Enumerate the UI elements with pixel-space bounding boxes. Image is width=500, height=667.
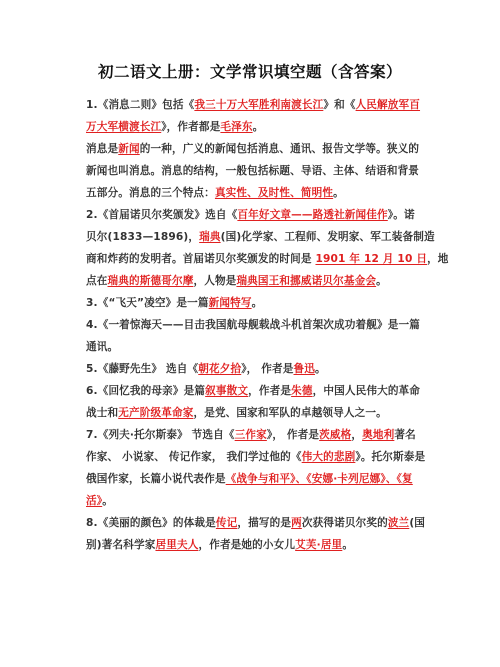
document-page: 初二语文上册：文学常识填空题（含答案） 1.《消息二则》包括《我三十万大军胜利南… bbox=[0, 0, 500, 667]
question-text: ， bbox=[351, 429, 362, 441]
question-text: 。 bbox=[315, 363, 326, 375]
answer-text: 百年好文章——路透社新闻佳作 bbox=[237, 209, 387, 221]
question-text: 通讯。 bbox=[86, 341, 118, 353]
question-text: 》， 作者是 bbox=[241, 363, 293, 375]
answer-text: 朱德 bbox=[291, 385, 313, 397]
question-text: 6.《回忆我的母亲》是篇 bbox=[86, 385, 205, 397]
text-line: 消息是新闻的一种，广义的新闻包括消息、通讯、报告文学等。狭义的 bbox=[86, 138, 418, 160]
question-text: 点在 bbox=[86, 275, 108, 287]
question-text: 别)著名科学家 bbox=[86, 539, 155, 551]
text-line: 五部分。消息的三个特点：真实性、及时性、简明性。 bbox=[86, 182, 418, 204]
question-text: ，中国人民伟大的革命 bbox=[313, 385, 420, 397]
question-text: 。 bbox=[376, 275, 387, 287]
question-text: ，地 bbox=[427, 253, 449, 265]
question-text: 。 bbox=[253, 121, 264, 133]
question-text: 7.《列夫·托尔斯泰》 节选自《 bbox=[86, 429, 235, 441]
question-text: 消息是 bbox=[86, 143, 118, 155]
question-text: 俄国作家，长篇小说代表作是 bbox=[86, 473, 226, 485]
text-line: 商和炸药的发明者。首届诺贝尔奖颁发的时间是 1901 年 12 月 10 日，地 bbox=[86, 248, 418, 270]
answer-text: 奥地利 bbox=[362, 429, 394, 441]
question-text: 8.《美丽的颜色》的体裁是 bbox=[86, 517, 216, 529]
text-line: 8.《美丽的颜色》的体裁是传记，描写的是两次获得诺贝尔奖的波兰(国 bbox=[86, 512, 418, 534]
text-line: 别)著名科学家居里夫人，作者是她的小女儿艾芙·居里。 bbox=[86, 534, 418, 556]
text-line: 俄国作家，长篇小说代表作是《战争与和平》、《安娜·卡列尼娜》、《复 bbox=[86, 468, 418, 490]
question-text: ，是党、国家和军队的卓越领导人之一。 bbox=[193, 407, 386, 419]
question-text: ，描写的是 bbox=[237, 517, 291, 529]
question-text: 。 bbox=[333, 187, 344, 199]
question-text: 战士和 bbox=[86, 407, 118, 419]
question-text: 新闻也叫消息。消息的结构，一般包括标题、导语、主体、结语和背景 bbox=[86, 165, 419, 177]
answer-text: 波兰 bbox=[388, 517, 410, 529]
text-line: 4.《一着惊海天——目击我国航母舰载战斗机首架次成功着舰》是一篇 bbox=[86, 314, 418, 336]
question-text: 商和炸药的发明者。首届诺贝尔奖颁发的时间是 bbox=[86, 253, 315, 265]
question-text: 》， 作者是 bbox=[267, 429, 319, 441]
text-line: 5.《藤野先生》 选自《朝花夕拾》， 作者是鲁迅。 bbox=[86, 358, 418, 380]
document-title: 初二语文上册：文学常识填空题（含答案） bbox=[0, 60, 500, 82]
text-line: 作家、 小说家、 传记作家， 我们学过他的《伟大的悲剧》。托尔斯泰是 bbox=[86, 446, 418, 468]
question-text: 》，作者都是 bbox=[161, 121, 220, 133]
question-text: 作家、 小说家、 传记作家， 我们学过他的《 bbox=[86, 451, 302, 463]
text-line: 万大军横渡长江》，作者都是毛泽东。 bbox=[86, 116, 418, 138]
question-text: 1.《消息二则》包括《 bbox=[86, 99, 194, 111]
answer-text: 1901 年 12 月 10 日 bbox=[315, 253, 427, 265]
question-text: ，作者是 bbox=[248, 385, 291, 397]
answer-text: 真实性、及时性、简明性 bbox=[215, 187, 333, 199]
answer-text: 《战争与和平》、《安娜·卡列尼娜》、《复 bbox=[226, 473, 413, 485]
answer-text: 无产阶级革命家 bbox=[118, 407, 193, 419]
question-text: ，人物是 bbox=[193, 275, 236, 287]
answer-text: 活》 bbox=[86, 495, 102, 507]
answer-text: 伟大的悲剧 bbox=[302, 451, 356, 463]
answer-text: 我三十万大军胜利南渡长江 bbox=[194, 99, 323, 111]
question-text: 。 bbox=[102, 495, 113, 507]
question-text: (国 bbox=[409, 517, 425, 529]
question-text: 5.《藤野先生》 选自《 bbox=[86, 363, 198, 375]
text-line: 3.《“飞天”凌空》是一篇新闻特写。 bbox=[86, 292, 418, 314]
text-line: 2.《首届诺贝尔奖颁发》选自《百年好文章——路透社新闻佳作》。诺 bbox=[86, 204, 418, 226]
answer-text: 人民解放军百 bbox=[356, 99, 420, 111]
answer-text: 瑞典国王和挪威诺贝尔基金会 bbox=[236, 275, 376, 287]
answer-text: 毛泽东 bbox=[220, 121, 252, 133]
document-body: 1.《消息二则》包括《我三十万大军胜利南渡长江》和《人民解放军百万大军横渡长江》… bbox=[86, 94, 418, 556]
answer-text: 两 bbox=[291, 517, 302, 529]
question-text: ，作者是她的小女儿 bbox=[198, 539, 295, 551]
text-line: 通讯。 bbox=[86, 336, 418, 358]
text-line: 1.《消息二则》包括《我三十万大军胜利南渡长江》和《人民解放军百 bbox=[86, 94, 418, 116]
question-text: (国)化学家、工程师、发明家、军工装备制造 bbox=[221, 231, 435, 243]
question-text: 。 bbox=[252, 297, 263, 309]
text-line: 活》。 bbox=[86, 490, 418, 512]
question-text: 》。诺 bbox=[388, 209, 415, 221]
answer-text: 传记 bbox=[216, 517, 238, 529]
answer-text: 瑞典的斯德哥尔摩 bbox=[108, 275, 194, 287]
question-text: 2.《首届诺贝尔奖颁发》选自《 bbox=[86, 209, 237, 221]
text-line: 7.《列夫·托尔斯泰》 节选自《三作家》， 作者是茨威格，奥地利著名 bbox=[86, 424, 418, 446]
answer-text: 朝花夕拾 bbox=[198, 363, 241, 375]
answer-text: 万大军横渡长江 bbox=[86, 121, 161, 133]
text-line: 战士和无产阶级革命家，是党、国家和军队的卓越领导人之一。 bbox=[86, 402, 418, 424]
question-text: 著名 bbox=[394, 429, 416, 441]
answer-text: 叙事散文 bbox=[205, 385, 248, 397]
question-text: 次获得诺贝尔奖的 bbox=[302, 517, 388, 529]
text-line: 6.《回忆我的母亲》是篇叙事散文，作者是朱德，中国人民伟大的革命 bbox=[86, 380, 418, 402]
answer-text: 茨威格 bbox=[319, 429, 351, 441]
question-text: 》。托尔斯泰是 bbox=[355, 451, 425, 463]
question-text: 。 bbox=[342, 539, 353, 551]
question-text: 五部分。消息的三个特点： bbox=[86, 187, 215, 199]
answer-text: 新闻特写 bbox=[209, 297, 252, 309]
answer-text: 新闻 bbox=[118, 143, 140, 155]
text-line: 新闻也叫消息。消息的结构，一般包括标题、导语、主体、结语和背景 bbox=[86, 160, 418, 182]
answer-text: 鲁迅 bbox=[293, 363, 315, 375]
question-text: 贝尔(1833—1896)， bbox=[86, 231, 199, 243]
answer-text: 瑞典 bbox=[199, 231, 221, 243]
answer-text: 三作家 bbox=[235, 429, 267, 441]
text-line: 贝尔(1833—1896)，瑞典(国)化学家、工程师、发明家、军工装备制造 bbox=[86, 226, 418, 248]
question-text: 的一种，广义的新闻包括消息、通讯、报告文学等。狭义的 bbox=[140, 143, 419, 155]
text-line: 点在瑞典的斯德哥尔摩，人物是瑞典国王和挪威诺贝尔基金会。 bbox=[86, 270, 418, 292]
question-text: 》和《 bbox=[323, 99, 355, 111]
question-text: 3.《“飞天”凌空》是一篇 bbox=[86, 297, 209, 309]
answer-text: 艾芙·居里 bbox=[295, 539, 342, 551]
answer-text: 居里夫人 bbox=[155, 539, 198, 551]
question-text: 4.《一着惊海天——目击我国航母舰载战斗机首架次成功着舰》是一篇 bbox=[86, 319, 420, 331]
